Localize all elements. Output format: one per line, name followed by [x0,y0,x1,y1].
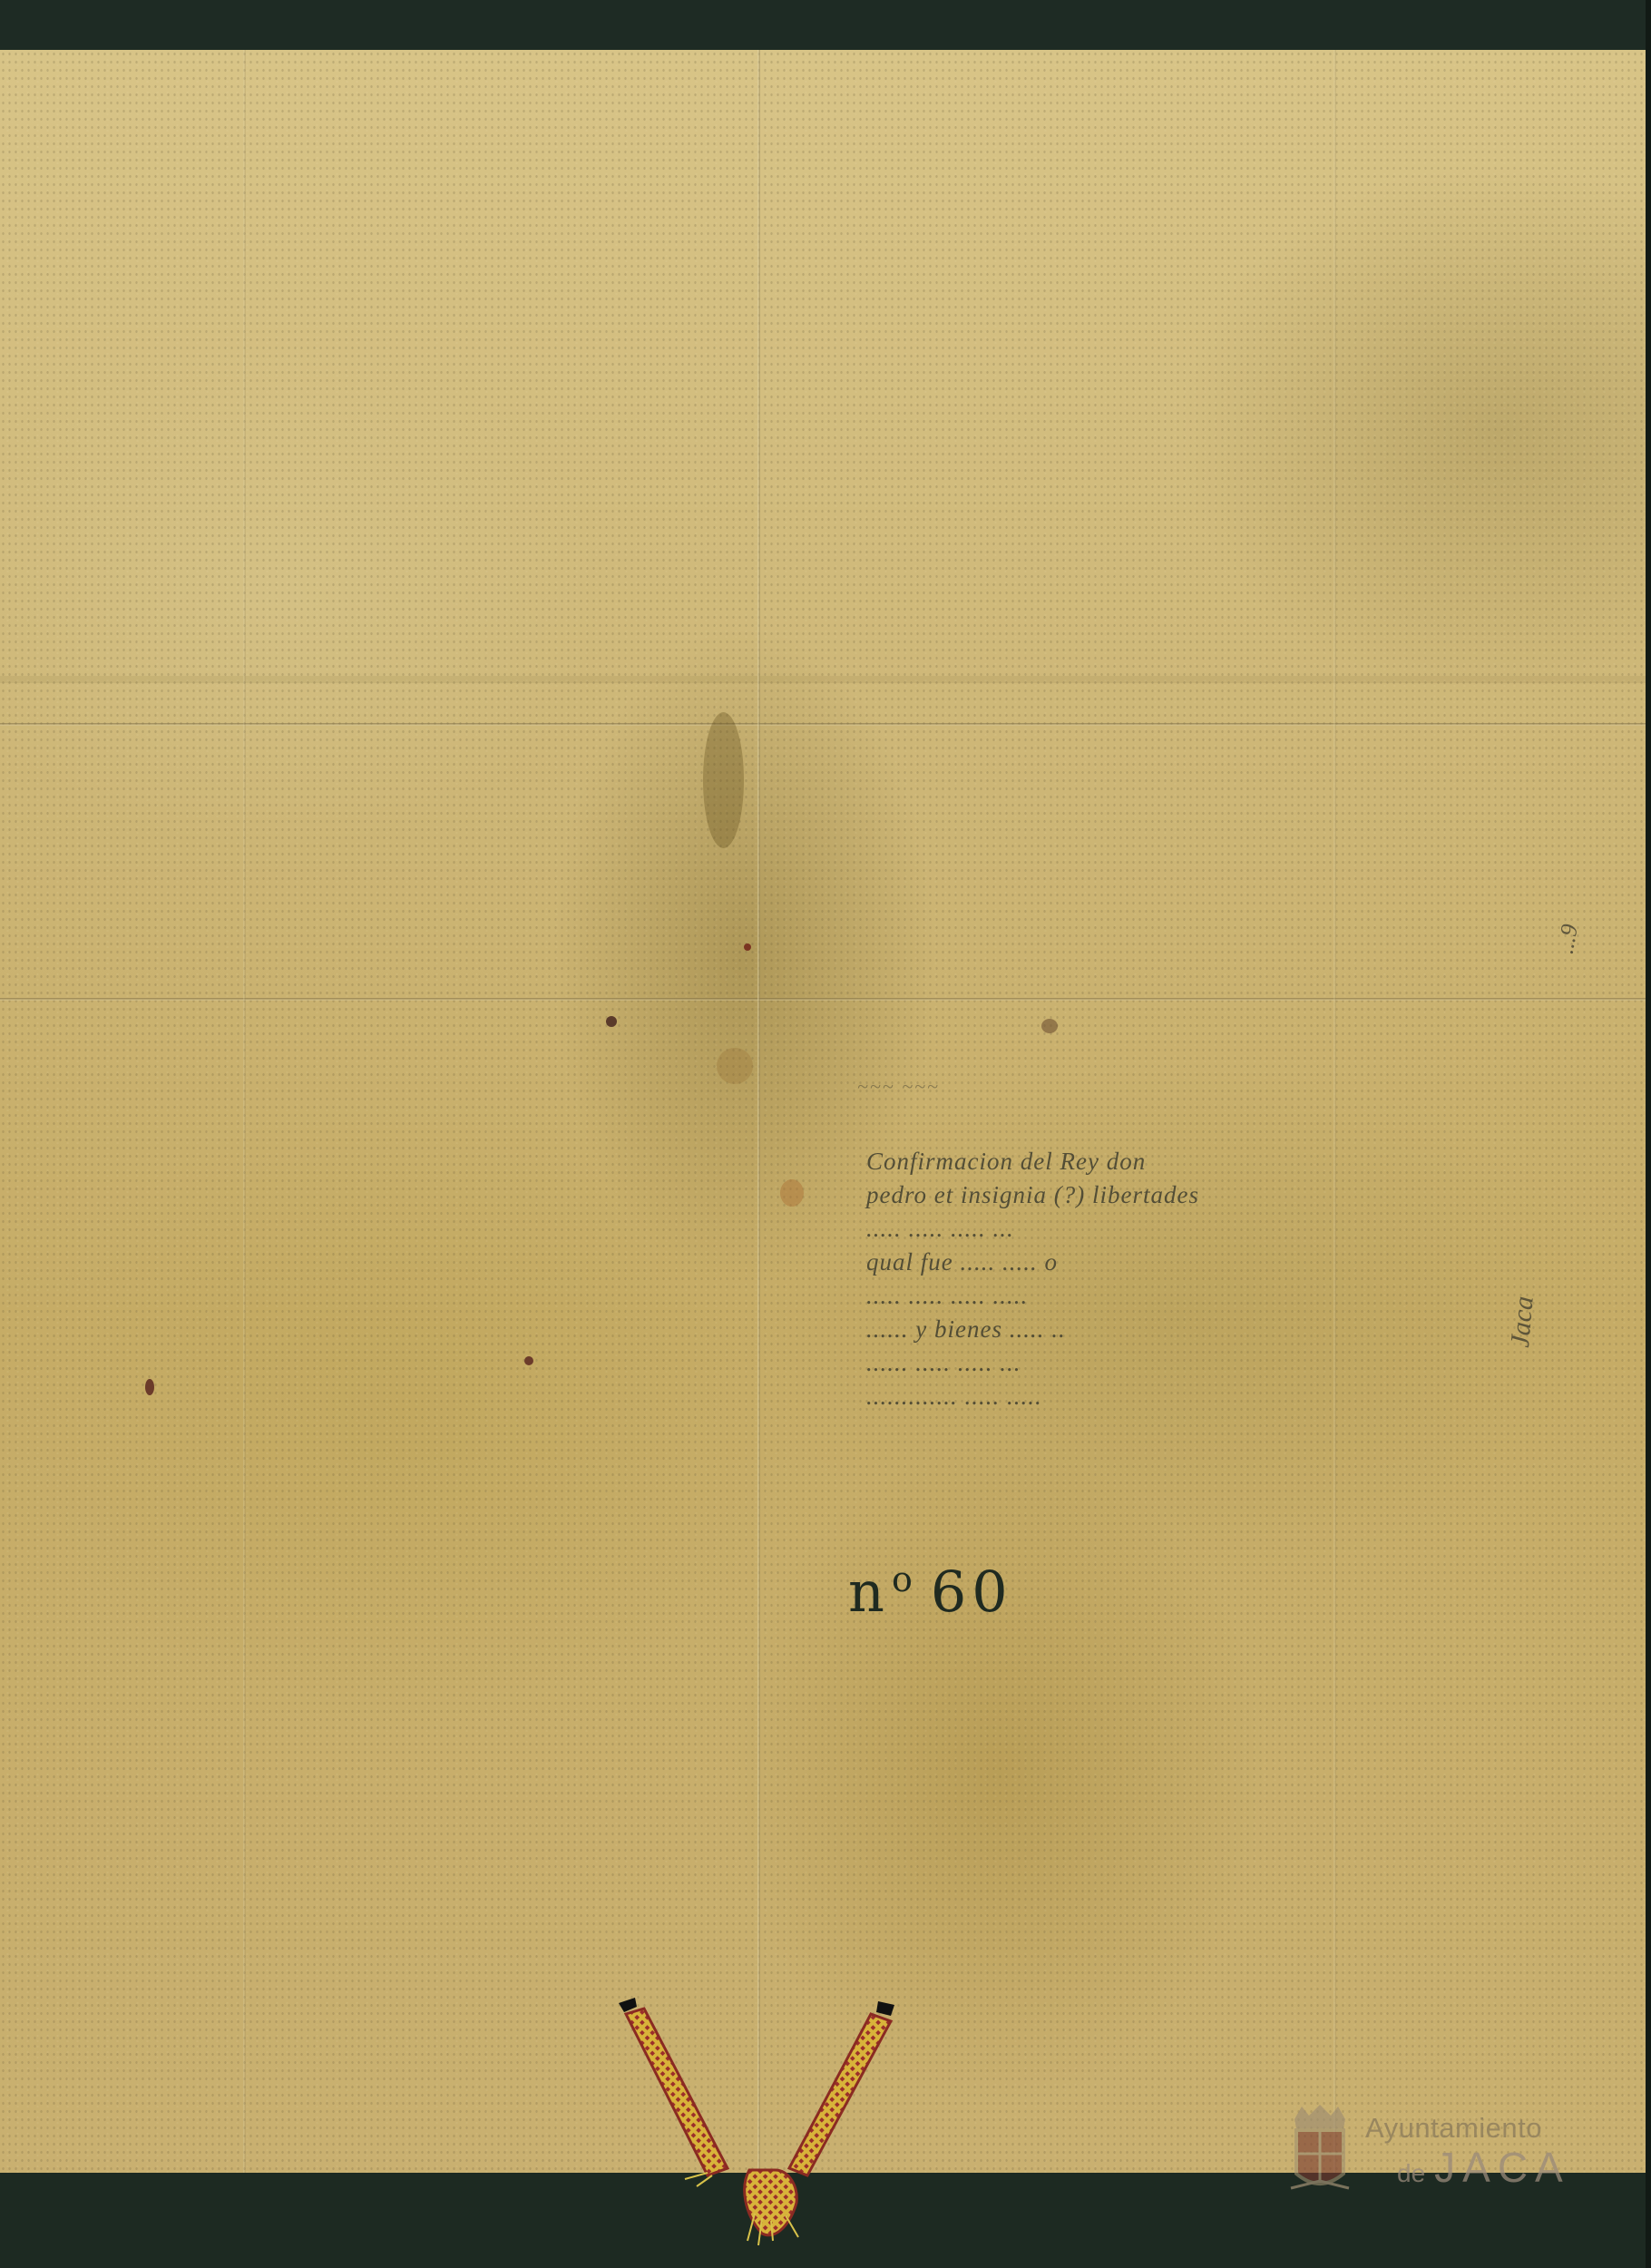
archival-note-line: Confirmacion del Rey don [866,1145,1229,1178]
ink-spot [524,1356,533,1365]
shelfmark-superscript: o [892,1559,918,1599]
rust-stain [780,1179,804,1207]
shelfmark-number: no60 [848,1559,1013,1625]
watermark-line2: deJACA [1397,2143,1570,2192]
water-stain [703,712,744,848]
fold-line-horizontal [0,723,1646,726]
archival-note-line: ...... ..... ..... ... [866,1346,1229,1380]
coat-of-arms-icon [1284,2103,1356,2203]
parchment-sheet [0,50,1646,2173]
shelfmark-value: 60 [931,1559,1013,1625]
fold-line-vertical [1333,50,1336,2173]
fold-line-vertical [243,50,246,2173]
archival-note-line: ..... ..... ..... ..... [866,1279,1229,1313]
archival-note-line: ...... y bienes ..... .. [866,1313,1229,1346]
archival-note-line: ............. ..... ..... [866,1380,1229,1413]
ink-spot [145,1379,154,1395]
seal-cords-icon [581,1969,925,2268]
archival-note-line: ..... ..... ..... ... [866,1212,1229,1246]
archival-note: Confirmacion del Rey don pedro et insign… [866,1145,1229,1413]
ayuntamiento-jaca-watermark: Ayuntamiento deJACA [1284,2103,1574,2212]
fold-line-vertical [757,50,760,2173]
watermark-prefix: de [1397,2159,1425,2187]
ink-spot [744,943,751,951]
margin-note-right-upper: ...9 [1552,922,1584,955]
ink-spot [1041,1019,1058,1033]
top-frame-border [0,0,1651,50]
rust-stain [717,1048,753,1084]
fold-band [0,676,1646,683]
watermark-name: JACA [1434,2144,1570,2191]
cord-hole-left [619,1998,637,2012]
shelfmark-prefix: n [848,1559,890,1625]
margin-note-right-lower: Jaca [1505,1295,1540,1348]
fold-line-horizontal [0,998,1646,1001]
archival-note-heading: ~~~ ~~~ [857,1075,940,1099]
cord-hole-right [876,2001,894,2016]
archival-note-line: pedro et insignia (?) libertades [866,1178,1229,1212]
right-frame-border [1646,0,1651,2268]
parchment-texture [0,50,1646,2173]
watermark-line1: Ayuntamiento [1365,2112,1542,2145]
ink-spot [606,1016,617,1027]
archival-note-line: qual fue ..... ..... o [866,1246,1229,1279]
